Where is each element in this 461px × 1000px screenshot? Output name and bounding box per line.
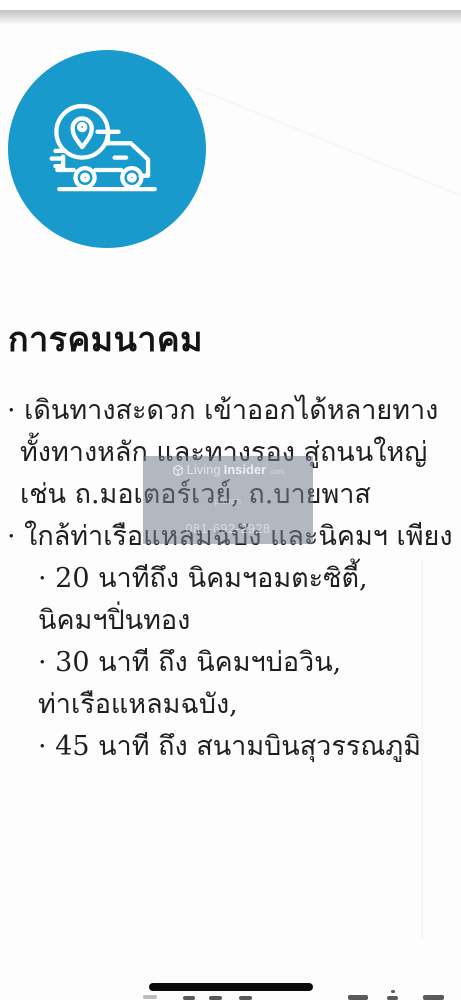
cutoff-icon-fragment [348,995,368,1000]
top-white-strip [0,0,461,10]
listing-detail-screen: การคมนาคม · เดินทางสะดวก เข้าออกได้หลายท… [0,0,461,1000]
box-logo-icon [172,464,184,479]
cutoff-icon-fragment [183,996,195,1000]
logo-text-insider: Insider [224,463,267,476]
livinginsider-watermark: Living Insider .com panch 081-692-2928 [143,456,313,544]
delivery-truck-location-icon [44,98,170,200]
transport-line: นิคมฯปิ่นทอง [0,600,458,642]
home-indicator-bar[interactable] [149,983,313,991]
hero-icon-circle [8,50,206,248]
cutoff-icon-fragment [239,996,252,1000]
paper-crease-diagonal [193,86,461,215]
logo-text-living: Living [187,463,221,476]
transport-line: · เดินทางสะดวก เข้าออกได้หลายทาง [0,390,458,432]
cutoff-icon-fragment [423,995,444,1000]
transport-line: · 45 นาที ถึง สนามบินสุวรรณภูมิ [0,726,458,768]
cutoff-icon-fragment [391,990,395,993]
livinginsider-logo: Living Insider .com [172,463,285,479]
transport-line: · 20 นาทีถึง นิคมฯอมตะซิตี้, [0,558,458,600]
watermark-phone: 081-692-2928 [185,522,270,536]
watermark-username: panch [214,496,241,506]
transportation-details: · เดินทางสะดวก เข้าออกได้หลายทาง ทั้งทาง… [0,390,458,768]
card-top-shadow [0,10,461,28]
logo-text-tld: .com [269,466,284,479]
cutoff-icon-fragment [209,996,222,1000]
cutoff-icon-fragment [387,996,398,1000]
transport-line: ท่าเรือแหลมฉบัง, [0,684,458,726]
section-title: การคมนาคม [8,312,203,366]
transport-line: · 30 นาที ถึง นิคมฯบ่อวิน, [0,642,458,684]
cutoff-icon-fragment [143,995,157,999]
